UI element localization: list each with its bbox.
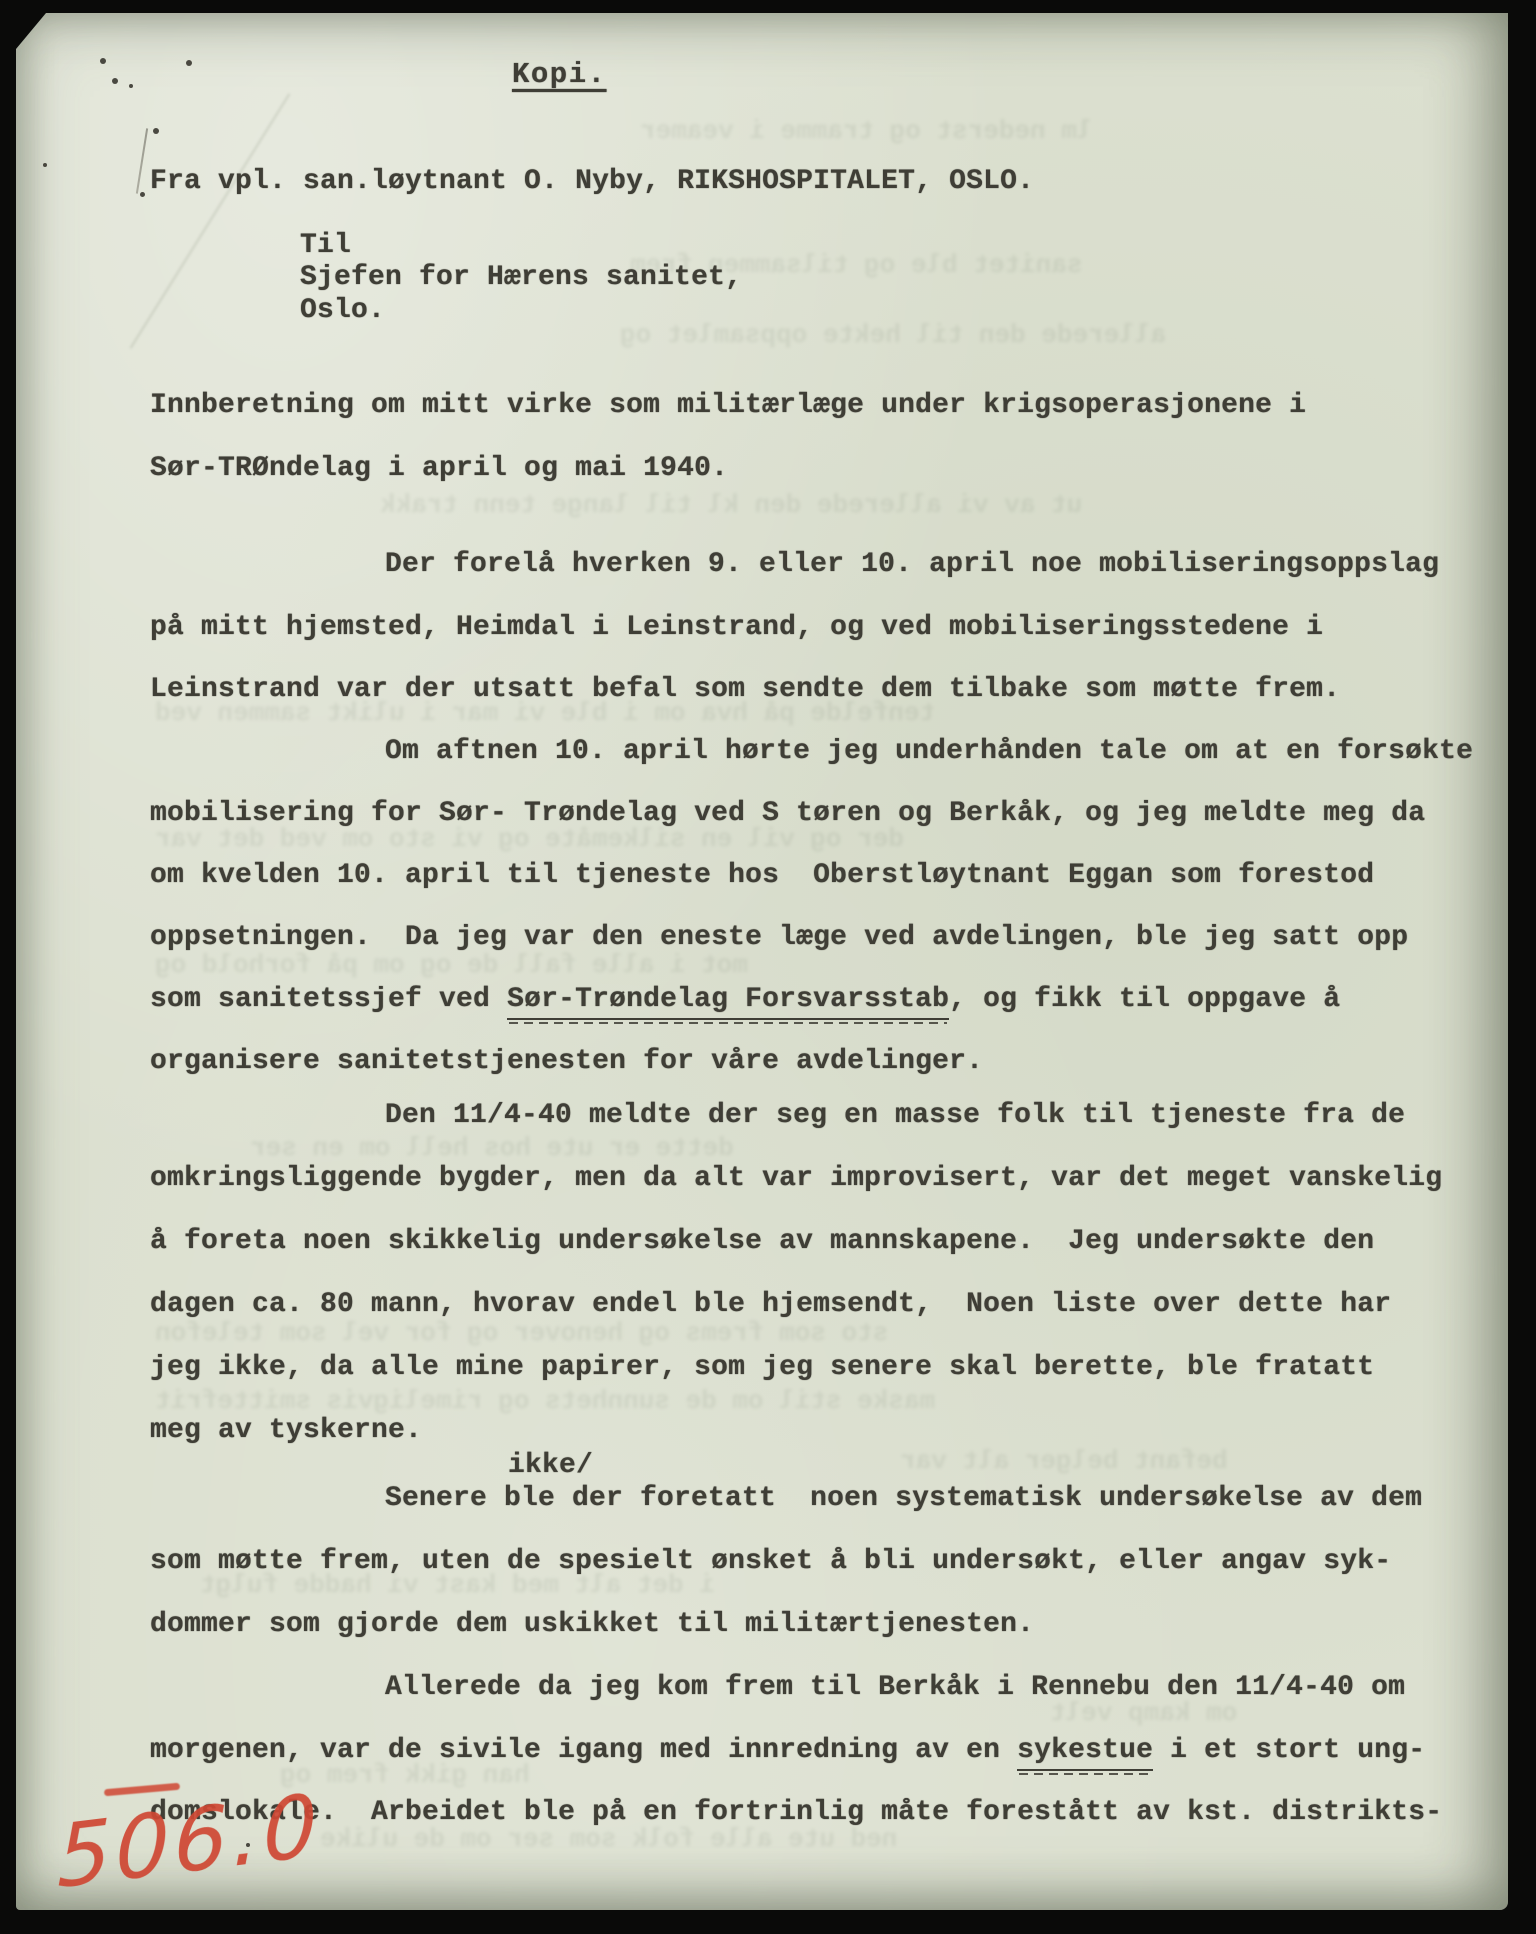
subject-line-1: Innberetning om mitt virke som militærlæ… xyxy=(150,390,1306,422)
typed-line: domslokale. Arbeidet ble på en fortrinli… xyxy=(150,1797,1442,1829)
typed-line: på mitt hjemsted, Heimdal i Leinstrand, … xyxy=(150,612,1323,644)
typed-line: jeg ikke, da alle mine papirer, som jeg … xyxy=(150,1352,1374,1384)
typed-line: Allerede da jeg kom frem til Berkåk i Re… xyxy=(385,1672,1405,1704)
typed-line: Senere ble der foretatt noen systematisk… xyxy=(385,1483,1422,1515)
typed-line: Om aftnen 10. april hørte jeg underhånde… xyxy=(385,736,1473,768)
recipient-city: Oslo. xyxy=(300,295,385,327)
typed-line: meg av tyskerne. xyxy=(150,1415,422,1447)
scanner-background: lm nederst og tramme i veamersanitet ble… xyxy=(0,0,1536,1934)
typed-line: omkringsliggende bygder, men da alt var … xyxy=(150,1163,1442,1195)
recipient-name: Sjefen for Hærens sanitet, xyxy=(300,262,742,294)
typed-line: Leinstrand var der utsatt befal som send… xyxy=(150,674,1340,706)
typed-line: om kvelden 10. april til tjeneste hos Ob… xyxy=(150,860,1374,892)
typed-line: morgenen, var de sivile igang med innred… xyxy=(150,1735,1425,1771)
typed-line: dagen ca. 80 mann, hvorav endel ble hjem… xyxy=(150,1289,1391,1321)
sender-line: Fra vpl. san.løytnant O. Nyby, RIKSHOSPI… xyxy=(150,166,1034,198)
typed-line: mobilisering for Sør- Trøndelag ved S tø… xyxy=(150,798,1425,830)
typed-line: oppsetningen. Da jeg var den eneste læge… xyxy=(150,922,1408,954)
recipient-to: Til xyxy=(300,230,351,262)
typed-line: organisere sanitetstjenesten for våre av… xyxy=(150,1046,983,1078)
inserted-word: ikke/ xyxy=(508,1450,593,1482)
typed-line: Der forelå hverken 9. eller 10. april no… xyxy=(385,549,1439,581)
typed-line: dommer som gjorde dem uskikket til milit… xyxy=(150,1609,1034,1641)
subject-line-2: Sør-TRØndelag i april og mai 1940. xyxy=(150,453,728,485)
typed-line: som sanitetssjef ved Sør-Trøndelag Forsv… xyxy=(150,984,1340,1020)
typed-line: Den 11/4-40 meldte der seg en masse folk… xyxy=(385,1100,1405,1132)
copy-label: Kopi. xyxy=(512,58,607,91)
typed-text-layer: Kopi.Fra vpl. san.løytnant O. Nyby, RIKS… xyxy=(0,0,1536,1934)
typed-line: som møtte frem, uten de spesielt ønsket … xyxy=(150,1546,1391,1578)
typed-line: å foreta noen skikkelig undersøkelse av … xyxy=(150,1226,1374,1258)
